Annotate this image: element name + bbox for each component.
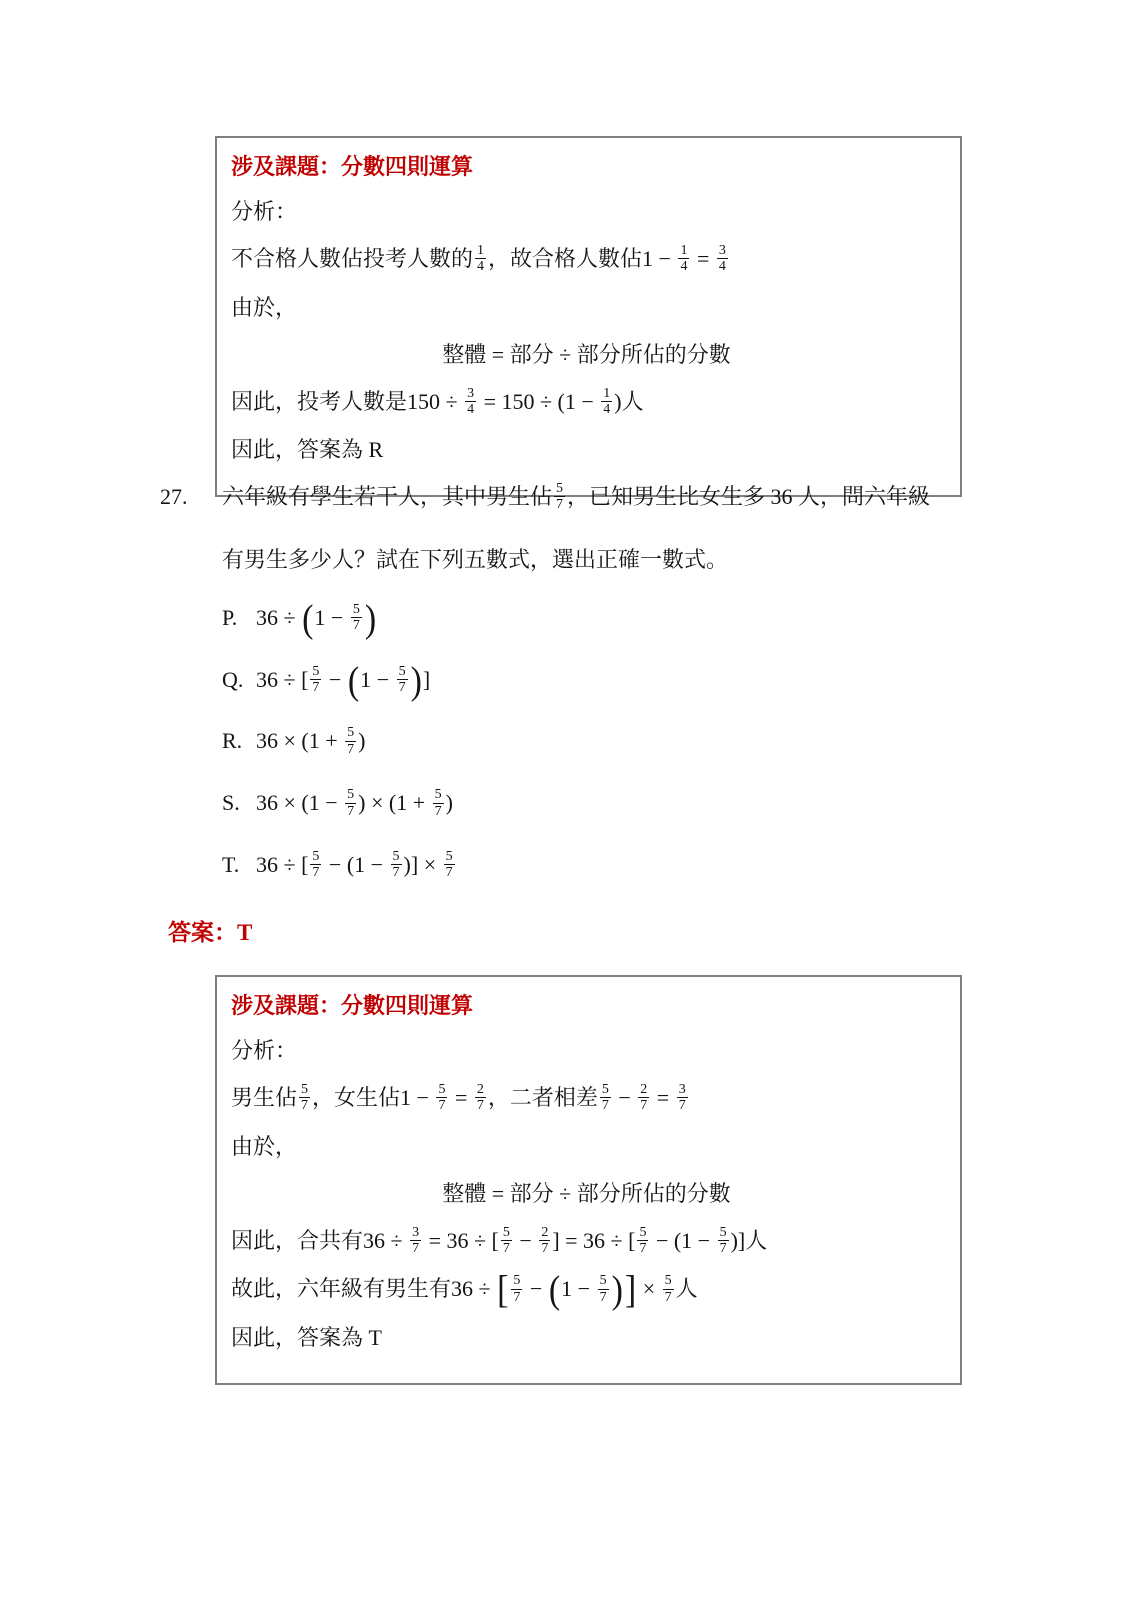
fraction: 57 bbox=[343, 787, 358, 819]
fraction: 27 bbox=[473, 1082, 488, 1114]
text-run: )]人 bbox=[731, 1228, 768, 1253]
text-run: 因此，投考人數是150 ÷ bbox=[231, 389, 463, 414]
text-run: − bbox=[524, 1276, 547, 1301]
text-run: 男生佔 bbox=[231, 1085, 297, 1110]
text-run: 有男生多少人？試在下列五數式，選出正確一數式。 bbox=[222, 547, 728, 572]
fraction: 57 bbox=[442, 849, 457, 881]
analysis-line: 因此，答案為 T bbox=[231, 1322, 942, 1354]
text-run: = bbox=[449, 1085, 472, 1110]
text-run: ] bbox=[423, 667, 430, 692]
text-run: 分析： bbox=[231, 1038, 297, 1063]
option-row: S.36 × (1 − 57) × (1 + 57) bbox=[222, 789, 980, 821]
option-row: T.36 ÷ [57 − (1 − 57)] × 57 bbox=[222, 851, 980, 883]
fraction: 57 bbox=[635, 1225, 650, 1257]
text-run: 36 × (1 + bbox=[256, 728, 343, 753]
text-run: ，已知男生比女生多 36 人，問六年級 bbox=[567, 484, 930, 509]
option-label: R. bbox=[222, 728, 256, 754]
text-run: 因此，答案為 R bbox=[231, 437, 383, 462]
fraction: 34 bbox=[715, 243, 730, 275]
question-text-line: 有男生多少人？試在下列五數式，選出正確一數式。 bbox=[222, 543, 980, 576]
analysis-line: 故此，六年級有男生有36 ÷ [57 − (1 − 57)] × 57人 bbox=[231, 1273, 942, 1307]
analysis-line: 不合格人數佔投考人數的14，故合格人數佔1 − 14 = 34 bbox=[231, 243, 942, 277]
text-run: 1 − bbox=[314, 605, 348, 630]
fraction: 57 bbox=[349, 602, 364, 634]
topic-heading: 涉及課題：分數四則運算 bbox=[231, 989, 942, 1020]
text-run: 整體 = 部分 ÷ 部分所佔的分數 bbox=[442, 1181, 730, 1206]
text-run: 人 bbox=[676, 1276, 698, 1301]
text-run: )人 bbox=[614, 389, 643, 414]
text-run: − bbox=[613, 1085, 636, 1110]
text-run: ) bbox=[358, 728, 365, 753]
text-run: = bbox=[651, 1085, 674, 1110]
text-run: 36 × (1 − bbox=[256, 790, 343, 815]
option-row: Q.36 ÷ [57 − (1 − 57)] bbox=[222, 666, 980, 698]
text-run: 故此，六年級有男生有36 ÷ bbox=[231, 1276, 496, 1301]
analysis-line: 整體 = 部分 ÷ 部分所佔的分數 bbox=[231, 339, 942, 371]
fraction: 37 bbox=[408, 1225, 423, 1257]
text-run: − bbox=[514, 1228, 537, 1253]
fraction: 57 bbox=[389, 849, 404, 881]
answer-value: T bbox=[237, 920, 252, 945]
option-expression: 36 ÷ [57 − (1 − 57)] bbox=[256, 667, 430, 692]
analysis-line: 因此，答案為 R bbox=[231, 434, 942, 466]
analysis-line: 由於， bbox=[231, 1131, 942, 1163]
text-run: 六年級有學生若干人，其中男生佔 bbox=[222, 484, 552, 509]
option-label: S. bbox=[222, 790, 256, 816]
option-expression: 36 × (1 + 57) bbox=[256, 728, 365, 753]
text-run: 36 ÷ [ bbox=[256, 667, 308, 692]
answer-line: 答案：T bbox=[168, 914, 252, 947]
text-run: 1 − bbox=[360, 667, 394, 692]
text-run: × bbox=[637, 1276, 660, 1301]
option-row: R.36 × (1 + 57) bbox=[222, 727, 980, 759]
fraction: 57 bbox=[596, 1273, 611, 1305]
text-run: 1 − bbox=[561, 1276, 595, 1301]
fraction: 27 bbox=[636, 1082, 651, 1114]
analysis-line: 男生佔57，女生佔1 − 57 = 27，二者相差57 − 27 = 37 bbox=[231, 1082, 942, 1116]
text-run: 整體 = 部分 ÷ 部分所佔的分數 bbox=[442, 342, 730, 367]
question-text-line: 六年級有學生若干人，其中男生佔57，已知男生比女生多 36 人，問六年級 bbox=[222, 480, 980, 515]
analysis-box-2: 涉及課題：分數四則運算 分析：男生佔57，女生佔1 − 57 = 27，二者相差… bbox=[215, 975, 962, 1385]
fraction: 14 bbox=[676, 243, 691, 275]
text-run: ，故合格人數佔1 − bbox=[488, 246, 676, 271]
fraction: 57 bbox=[434, 1082, 449, 1114]
fraction: 57 bbox=[308, 664, 323, 696]
text-run: 因此，合共有36 ÷ bbox=[231, 1228, 408, 1253]
text-run: − (1 − bbox=[323, 852, 388, 877]
text-run: 由於， bbox=[231, 1134, 297, 1159]
fraction: 34 bbox=[463, 386, 478, 418]
option-label: P. bbox=[222, 605, 256, 631]
analysis-line: 由於， bbox=[231, 292, 942, 324]
text-run: − bbox=[323, 667, 346, 692]
text-run: 由於， bbox=[231, 295, 297, 320]
fraction: 57 bbox=[716, 1225, 731, 1257]
fraction: 57 bbox=[598, 1082, 613, 1114]
text-run: )] × bbox=[404, 852, 442, 877]
fraction: 57 bbox=[509, 1273, 524, 1305]
option-expression: 36 ÷ [57 − (1 − 57)] × 57 bbox=[256, 852, 457, 877]
document-page: 涉及課題：分數四則運算 分析：不合格人數佔投考人數的14，故合格人數佔1 − 1… bbox=[0, 0, 1131, 1600]
text-run: ，女生佔1 − bbox=[312, 1085, 434, 1110]
fraction: 57 bbox=[308, 849, 323, 881]
analysis-line: 整體 = 部分 ÷ 部分所佔的分數 bbox=[231, 1178, 942, 1210]
fraction: 14 bbox=[599, 386, 614, 418]
options-list: P.36 ÷ (1 − 57)Q.36 ÷ [57 − (1 − 57)]R.3… bbox=[222, 604, 980, 883]
fraction: 57 bbox=[661, 1273, 676, 1305]
analysis-line: 因此，合共有36 ÷ 37 = 36 ÷ [57 − 27] = 36 ÷ [5… bbox=[231, 1225, 942, 1259]
topic-heading: 涉及課題：分數四則運算 bbox=[231, 150, 942, 181]
analysis-box-2-lines: 分析：男生佔57，女生佔1 − 57 = 27，二者相差57 − 27 = 37… bbox=[231, 1035, 942, 1354]
text-run: 36 ÷ [ bbox=[256, 852, 308, 877]
text-run: = 36 ÷ [ bbox=[423, 1228, 499, 1253]
fraction: 57 bbox=[297, 1082, 312, 1114]
fraction: 57 bbox=[499, 1225, 514, 1257]
fraction: 57 bbox=[431, 787, 446, 819]
fraction: 14 bbox=[473, 243, 488, 275]
fraction: 57 bbox=[552, 481, 567, 513]
text-run: 因此，答案為 T bbox=[231, 1325, 382, 1350]
text-run: ，二者相差 bbox=[488, 1085, 598, 1110]
text-run: ] = 36 ÷ [ bbox=[552, 1228, 635, 1253]
question-number: 27. bbox=[160, 484, 188, 510]
fraction: 57 bbox=[343, 725, 358, 757]
text-run: 分析： bbox=[231, 199, 297, 224]
text-run: 不合格人數佔投考人數的 bbox=[231, 246, 473, 271]
option-label: T. bbox=[222, 852, 256, 878]
option-expression: 36 ÷ (1 − 57) bbox=[256, 605, 377, 630]
option-expression: 36 × (1 − 57) × (1 + 57) bbox=[256, 790, 453, 815]
text-run: ) × (1 + bbox=[358, 790, 430, 815]
analysis-line: 分析： bbox=[231, 1035, 942, 1067]
answer-label: 答案： bbox=[168, 920, 237, 945]
fraction: 57 bbox=[395, 664, 410, 696]
text-run: − (1 − bbox=[650, 1228, 715, 1253]
question-block: 27. 六年級有學生若干人，其中男生佔57，已知男生比女生多 36 人，問六年級… bbox=[160, 480, 980, 913]
analysis-line: 分析： bbox=[231, 196, 942, 228]
option-row: P.36 ÷ (1 − 57) bbox=[222, 604, 980, 636]
text-run: = bbox=[691, 246, 714, 271]
analysis-box-1: 涉及課題：分數四則運算 分析：不合格人數佔投考人數的14，故合格人數佔1 − 1… bbox=[215, 136, 962, 497]
text-run: = 150 ÷ (1 − bbox=[478, 389, 599, 414]
fraction: 37 bbox=[675, 1082, 690, 1114]
text-run: 36 ÷ bbox=[256, 605, 301, 630]
question-text-lines: 六年級有學生若干人，其中男生佔57，已知男生比女生多 36 人，問六年級有男生多… bbox=[160, 480, 980, 576]
option-label: Q. bbox=[222, 667, 256, 693]
fraction: 27 bbox=[537, 1225, 552, 1257]
analysis-box-1-lines: 分析：不合格人數佔投考人數的14，故合格人數佔1 − 14 = 34由於，整體 … bbox=[231, 196, 942, 466]
analysis-line: 因此，投考人數是150 ÷ 34 = 150 ÷ (1 − 14)人 bbox=[231, 386, 942, 420]
text-run: ) bbox=[446, 790, 453, 815]
